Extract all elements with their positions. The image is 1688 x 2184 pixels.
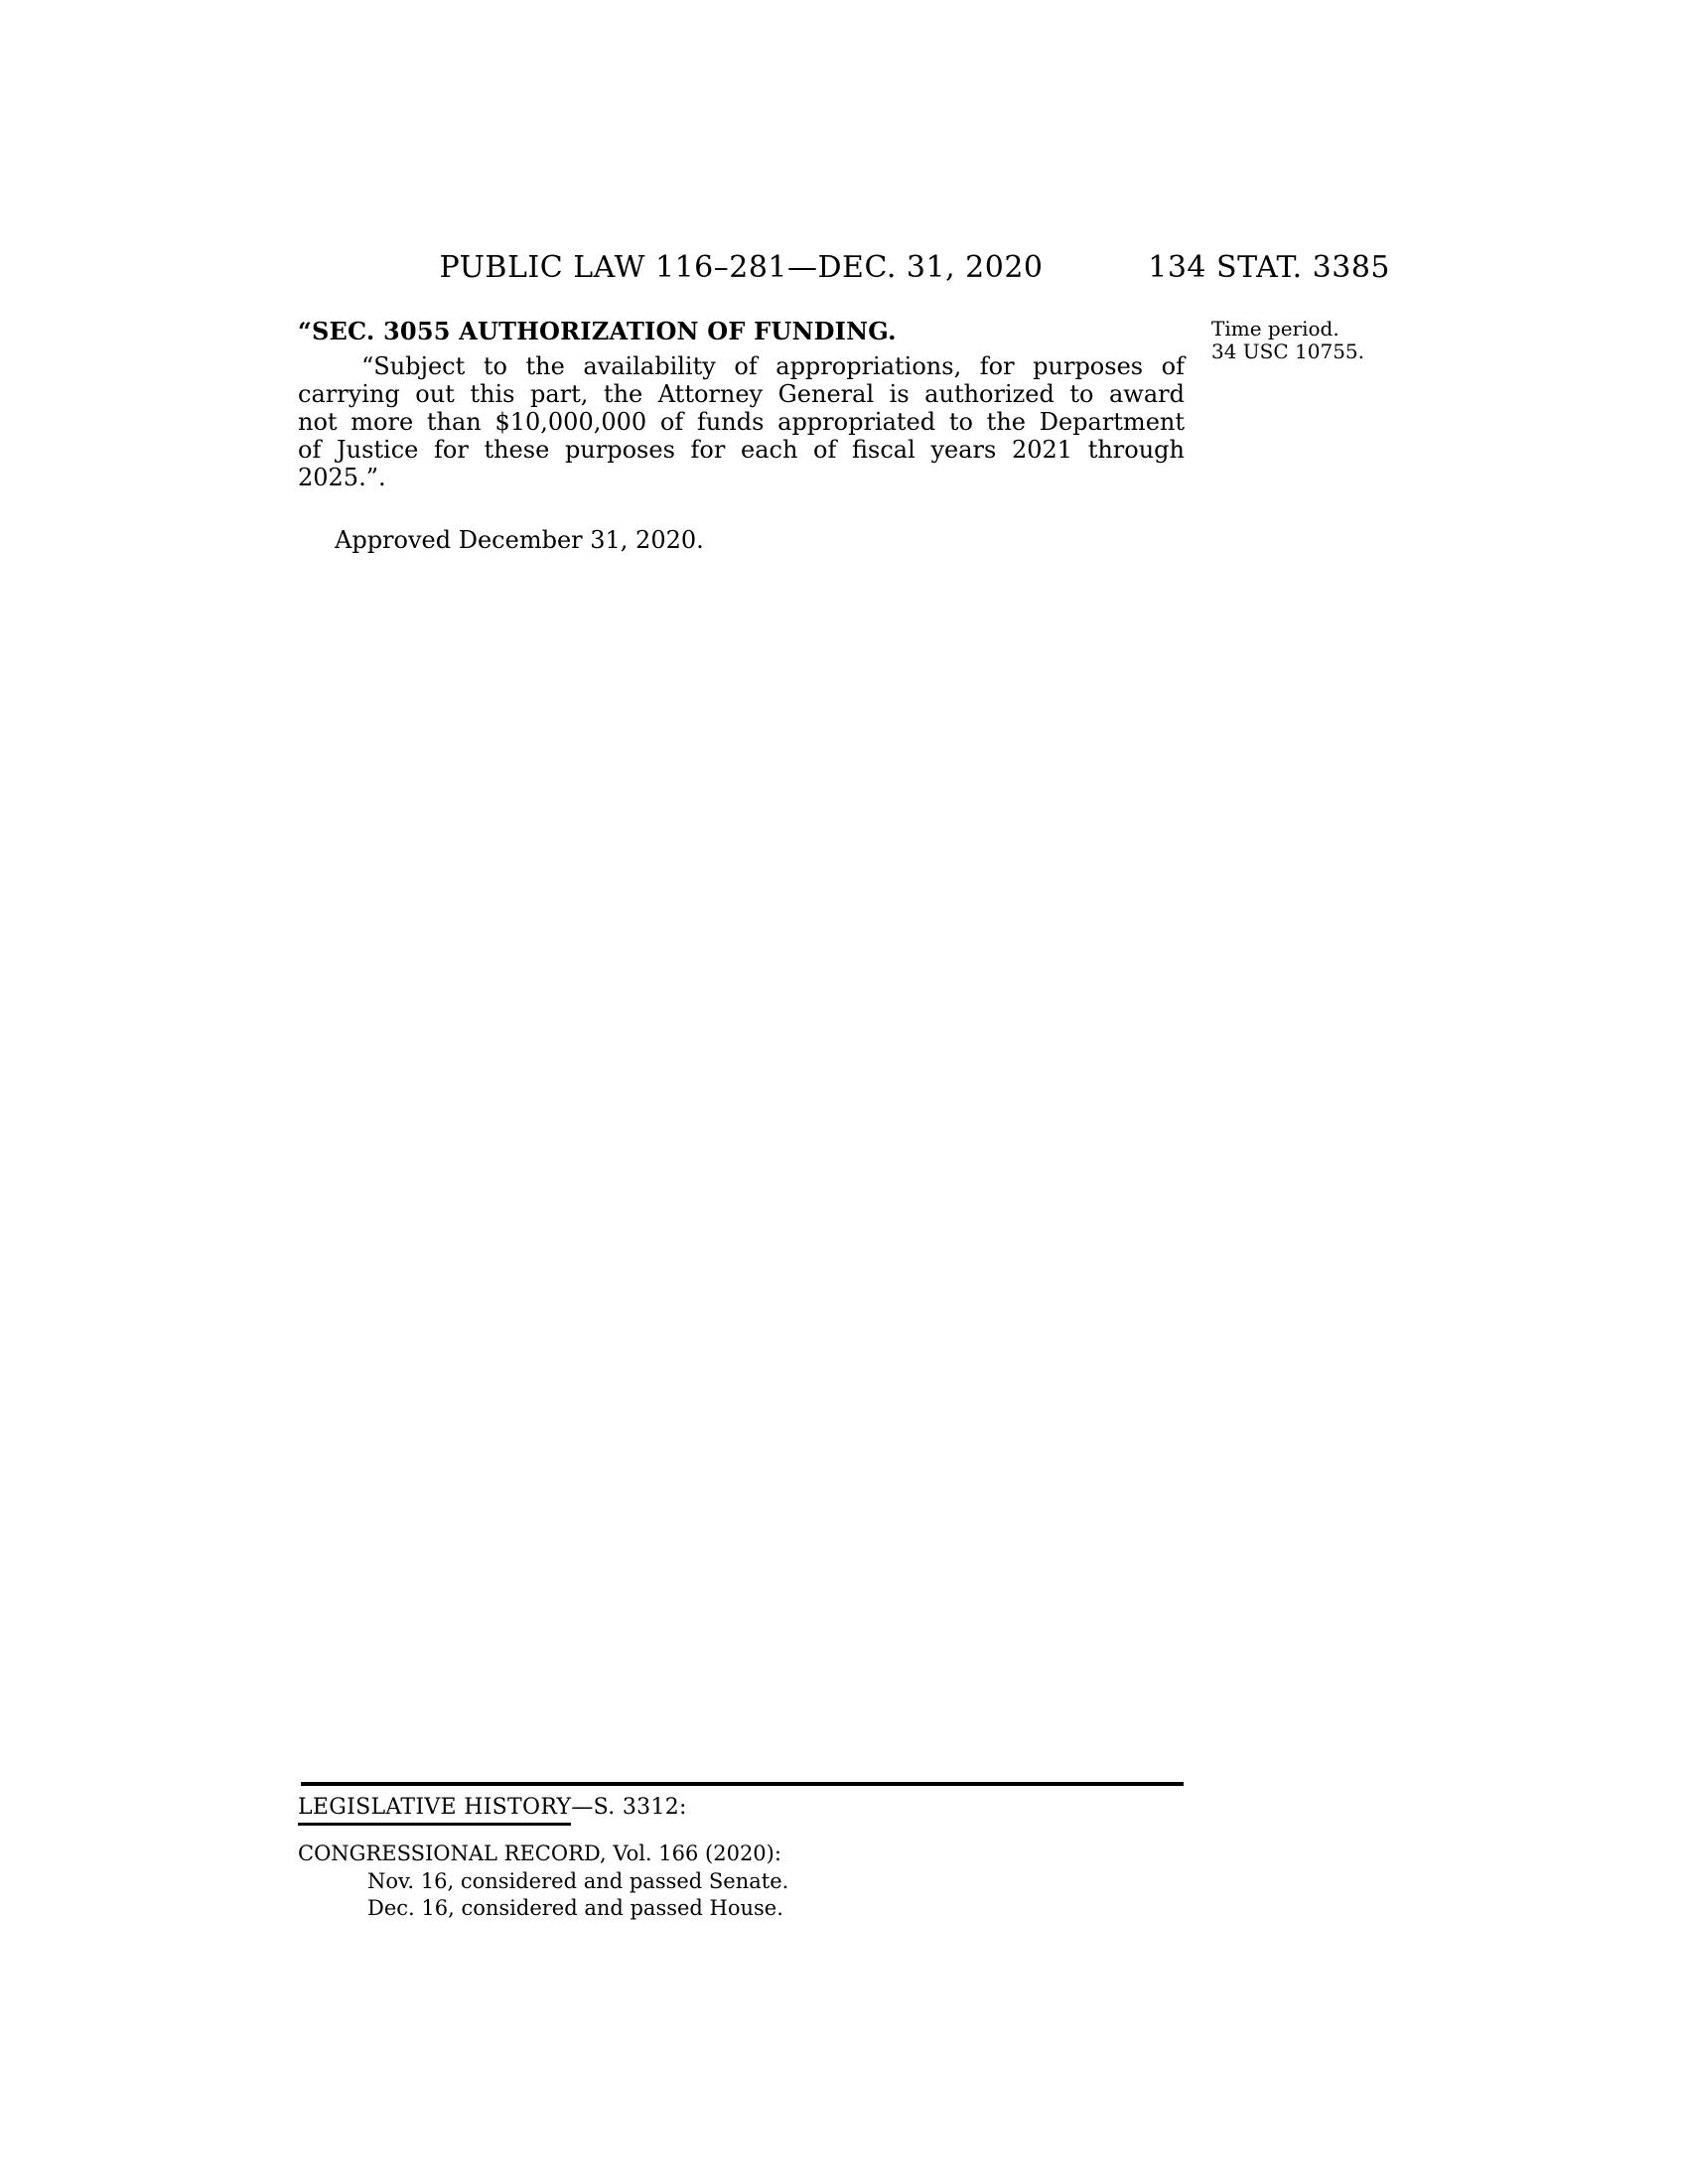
congressional-record-heading: CONGRESSIONAL RECORD, Vol. 166 (2020): bbox=[298, 1841, 1185, 1866]
page-header-stat-number: 134 STAT. 3385 bbox=[1092, 250, 1390, 286]
legislative-history-title-underlined: LEGISLATIVE HISTORY bbox=[298, 1795, 571, 1826]
statute-quote-paragraph: “Subject to the availability of appropri… bbox=[298, 352, 1185, 491]
page-header-law-number: PUBLIC LAW 116–281—DEC. 31, 2020 bbox=[298, 250, 1185, 286]
legislative-history-rule bbox=[301, 1782, 1184, 1786]
legislative-history-title: LEGISLATIVE HISTORY—S. 3312: bbox=[298, 1795, 1185, 1826]
margin-note-line-1: Time period. bbox=[1211, 318, 1430, 341]
section-heading: “SEC. 3055 AUTHORIZATION OF FUNDING. bbox=[298, 318, 1185, 345]
record-entry-senate: Nov. 16, considered and passed Senate. bbox=[367, 1868, 1185, 1895]
quote-line-1: “Subject to the availability of appropri… bbox=[298, 352, 1185, 380]
congressional-record-entries: Nov. 16, considered and passed Senate. D… bbox=[298, 1868, 1185, 1922]
quote-line-5: 2025.”. bbox=[298, 464, 1185, 491]
quote-line-2: carrying out this part, the Attorney Gen… bbox=[298, 380, 1185, 408]
record-entry-house: Dec. 16, considered and passed House. bbox=[367, 1895, 1185, 1922]
margin-note-line-2: 34 USC 10755. bbox=[1211, 341, 1430, 363]
quote-line-3: not more than $10,000,000 of funds appro… bbox=[298, 408, 1185, 436]
legislative-history-block: LEGISLATIVE HISTORY—S. 3312: CONGRESSION… bbox=[298, 1795, 1185, 1922]
legislative-history-title-rest: —S. 3312: bbox=[571, 1795, 686, 1820]
quote-line-4: of Justice for these purposes for each o… bbox=[298, 436, 1185, 464]
approved-line: Approved December 31, 2020. bbox=[298, 525, 1185, 555]
margin-note: Time period. 34 USC 10755. bbox=[1211, 318, 1430, 363]
statute-page: PUBLIC LAW 116–281—DEC. 31, 2020 134 STA… bbox=[0, 0, 1688, 2184]
